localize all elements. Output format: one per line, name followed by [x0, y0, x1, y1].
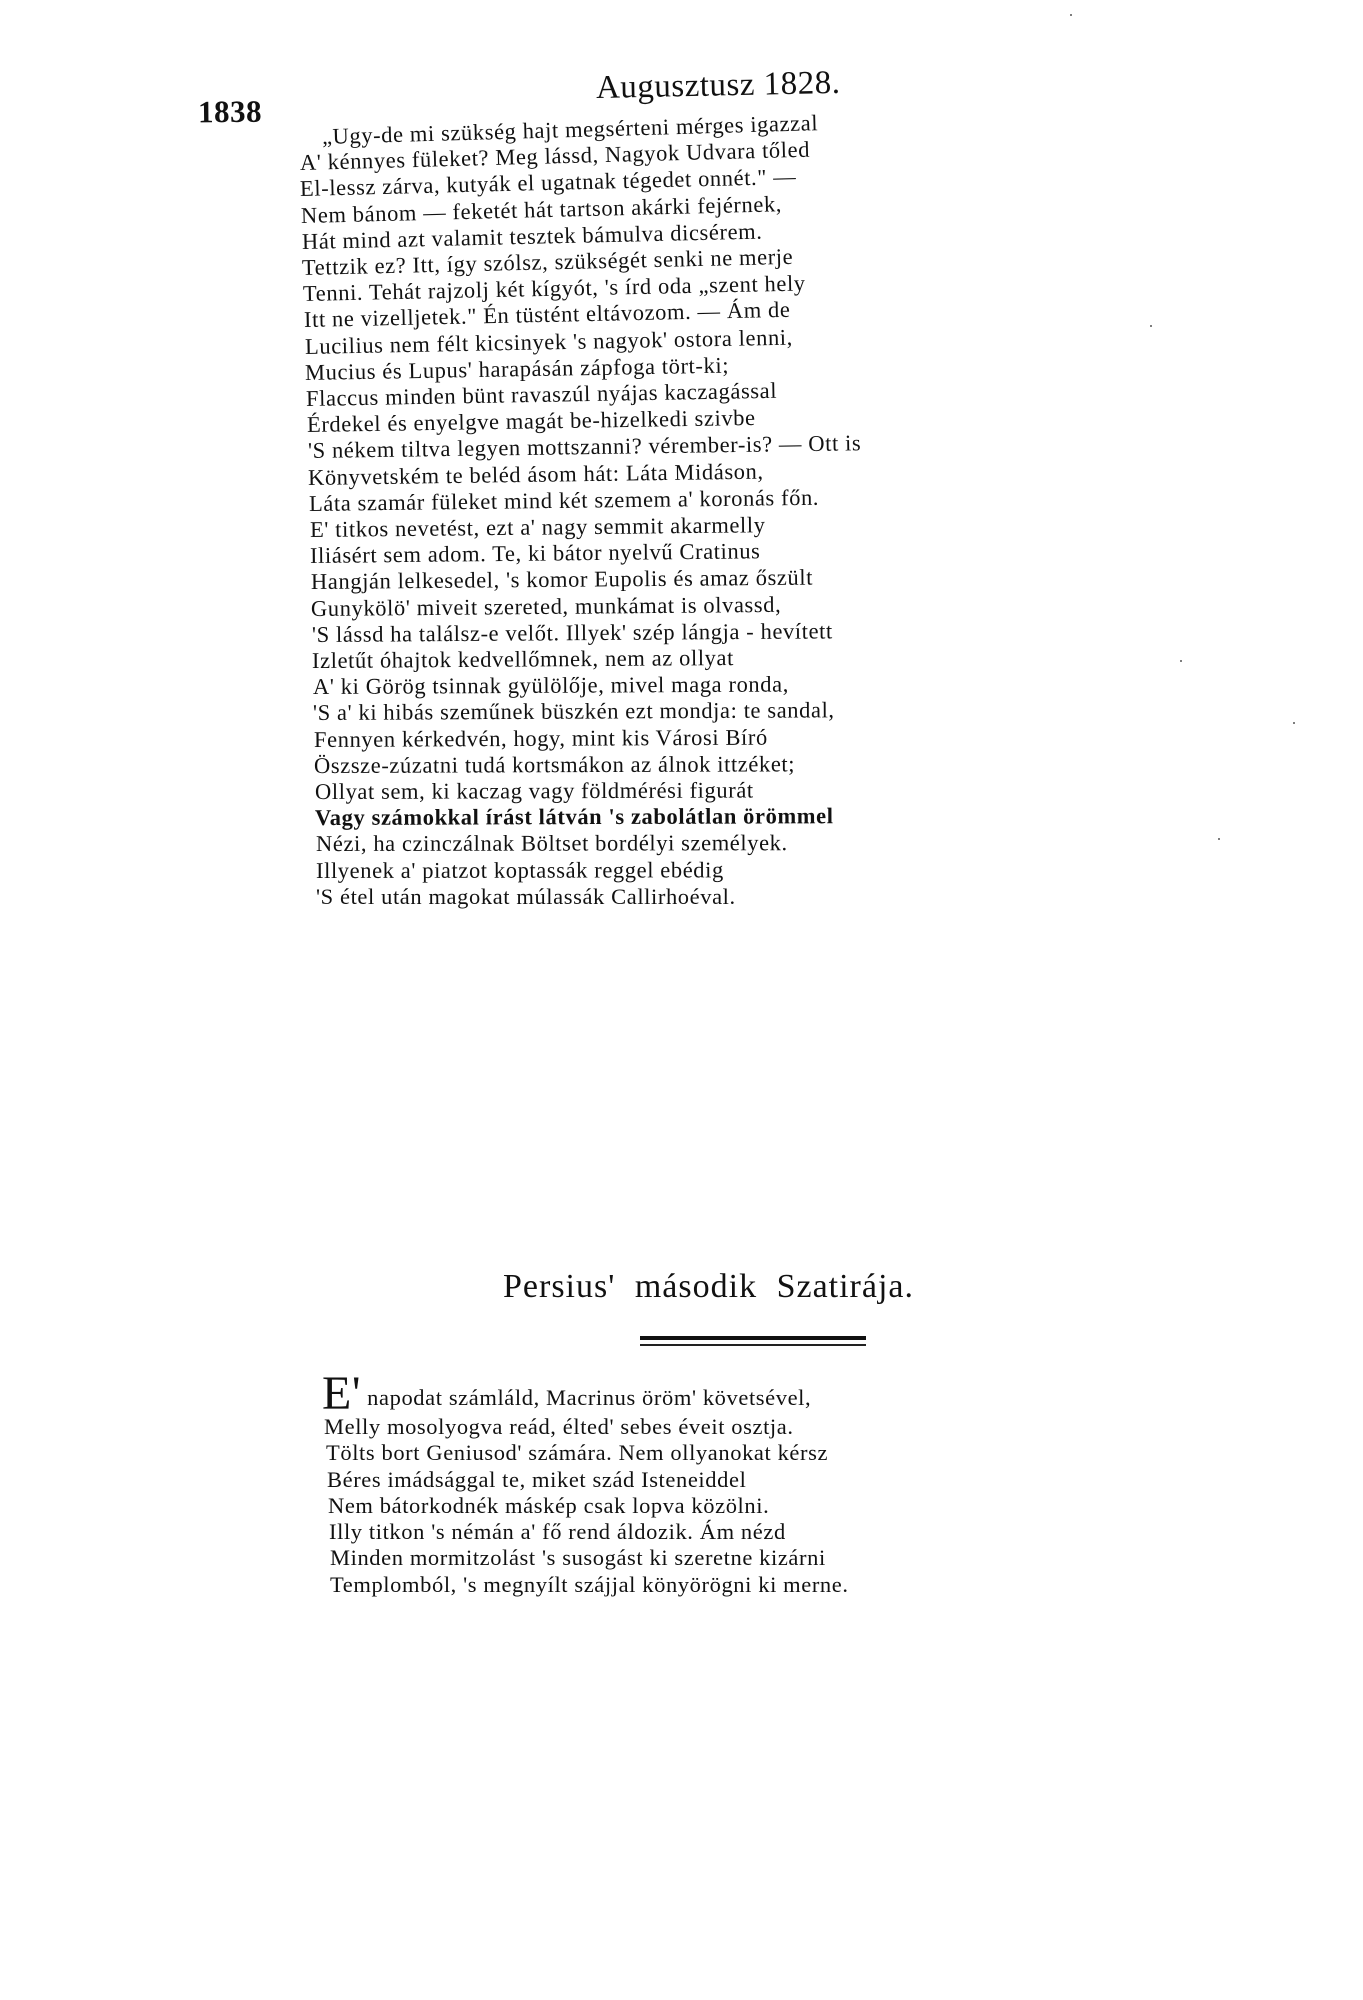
section-title: Persius' második Szatirája. [503, 1268, 914, 1306]
scan-speck [1180, 660, 1182, 662]
drop-cap: E' [322, 1367, 361, 1420]
satire-line: Minden mormitzolást 's susogást ki szere… [330, 1545, 1122, 1571]
scan-speck [1070, 14, 1072, 16]
satire-text: E'napodat számláld, Macrinus öröm' követ… [322, 1374, 1122, 1598]
poem-line: Vagy számokkal írást látván 's zabolátla… [315, 803, 1100, 832]
satire-line: Nem bátorkodnék máskép csak lopva közöln… [328, 1493, 1122, 1519]
poem-line: 'S a' ki hibás szeműnek büszkén ezt mond… [313, 696, 1100, 726]
satire-line: Templomból, 's megnyílt szájjal könyörög… [330, 1572, 1122, 1598]
satire-line: Béres imádsággal te, miket szád Isteneid… [327, 1467, 1122, 1493]
rule-thick [640, 1336, 866, 1340]
poem-line: Nézi, ha czinczálnak Böltset bordélyi sz… [316, 830, 1100, 858]
scan-speck [1150, 325, 1152, 327]
rule-thin [640, 1344, 866, 1346]
satire-line: Melly mosolyogva reád, élted' sebes évei… [324, 1414, 1122, 1440]
satire-line: Illy titkon 's némán a' fő rend áldozik.… [329, 1519, 1122, 1545]
poem-text: „Ugy-de mi szükség hajt megsérteni mérge… [300, 124, 1100, 910]
running-head: Augusztusz 1828. [596, 65, 841, 107]
poem-line: Fennyen kérkedvén, hogy, mint kis Városi… [314, 723, 1100, 753]
scan-speck [1218, 838, 1220, 840]
poem-line: Ollyat sem, ki kaczag vagy földmérési fi… [315, 776, 1100, 805]
double-rule-divider [640, 1336, 866, 1348]
satire-line: napodat számláld, Macrinus öröm' követsé… [367, 1385, 811, 1410]
satire-first-line: E'napodat számláld, Macrinus öröm' követ… [322, 1374, 1122, 1414]
poem-line: Illyenek a' piatzot koptassák reggel ebé… [316, 856, 1100, 884]
satire-line: Tölts bort Geniusod' számára. Nem ollyan… [326, 1440, 1122, 1466]
scanned-page: 1838 Augusztusz 1828. „Ugy-de mi szükség… [0, 0, 1363, 2000]
poem-line: Öszsze-zúzatni tudá kortsmákon az álnok … [314, 750, 1100, 779]
page-number: 1838 [198, 94, 262, 131]
poem-line: 'S étel után magokat múlassák Callirhoév… [316, 884, 1100, 910]
scan-speck [1293, 722, 1295, 724]
